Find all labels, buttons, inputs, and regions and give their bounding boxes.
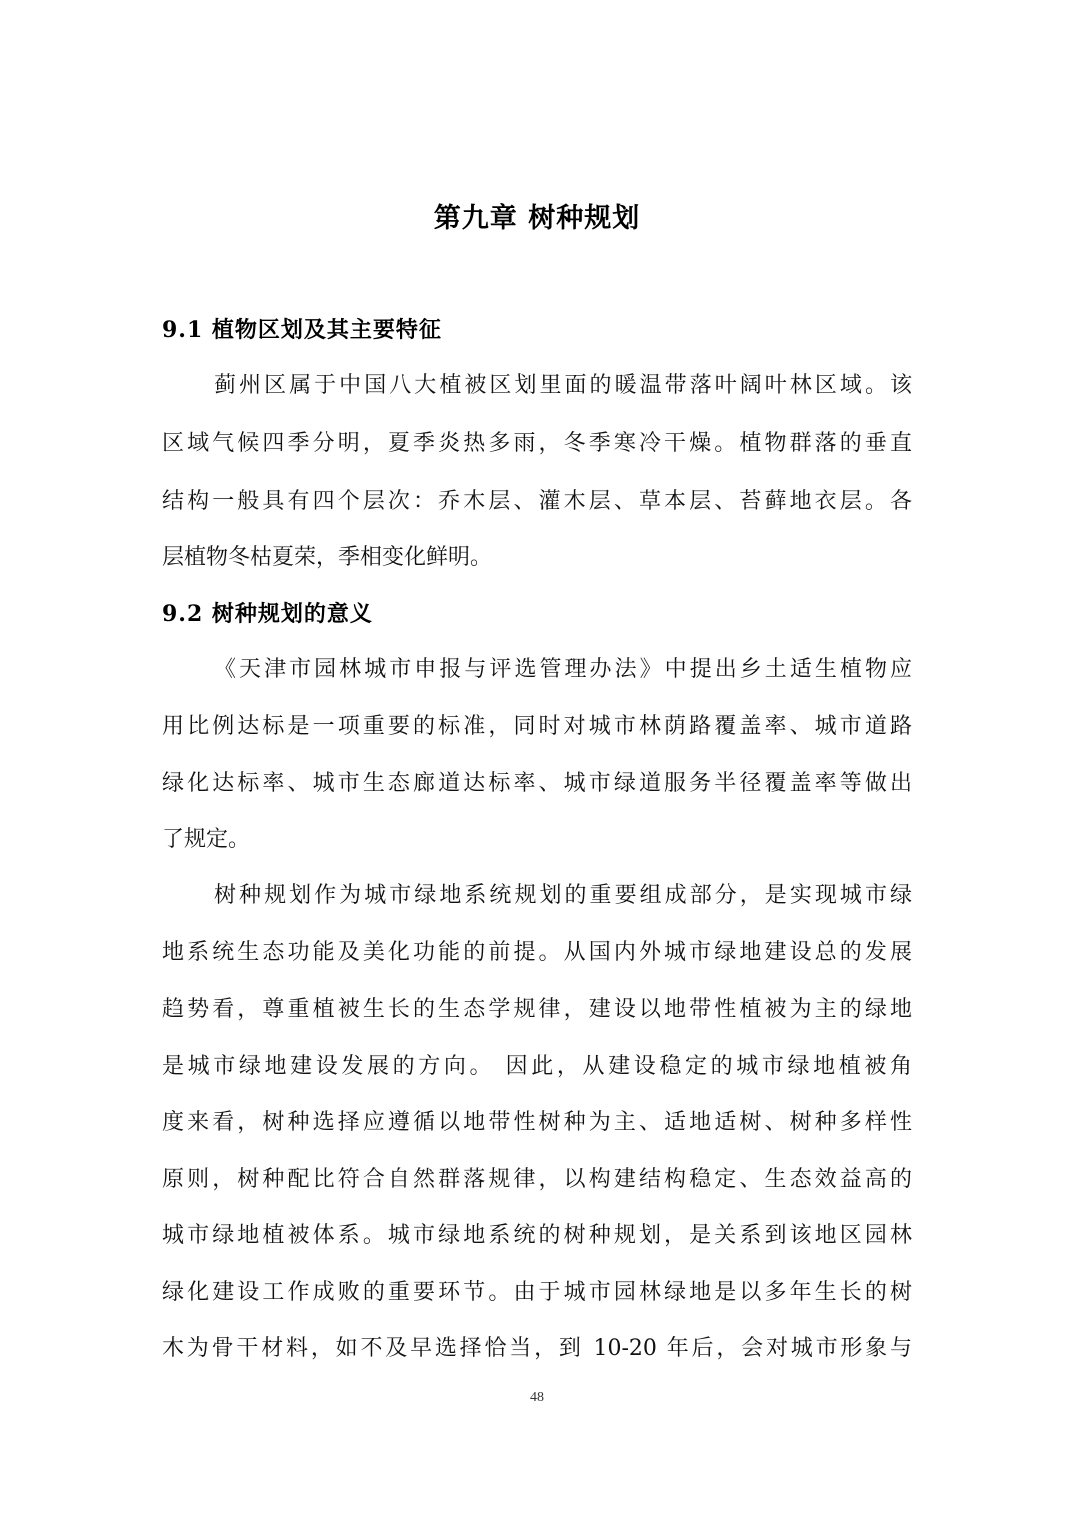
paragraph-line: 用比例达标是一项重要的标准，同时对城市林荫路覆盖率、城市道路 <box>162 709 912 740</box>
paragraph-line: 原则，树种配比符合自然群落规律，以构建结构稳定、生态效益高的 <box>162 1162 912 1193</box>
paragraph-line: 趋势看，尊重植被生长的生态学规律，建设以地带性植被为主的绿地 <box>162 992 912 1023</box>
page-number: 48 <box>0 1390 1074 1406</box>
paragraph-line: 城市绿地植被体系。城市绿地系统的树种规划，是关系到该地区园林 <box>162 1218 912 1249</box>
paragraph-line: 是城市绿地建设发展的方向。 因此，从建设稳定的城市绿地植被角 <box>162 1049 912 1080</box>
paragraph-line: 绿化达标率、城市生态廊道达标率、城市绿道服务半径覆盖率等做出 <box>162 766 912 797</box>
paragraph-line: 地系统生态功能及美化功能的前提。从国内外城市绿地建设总的发展 <box>162 935 912 966</box>
chapter-title: 第九章 树种规划 <box>0 196 1074 235</box>
paragraph-line: 蓟州区属于中国八大植被区划里面的暖温带落叶阔叶林区域。该 <box>214 368 912 399</box>
section-heading-9-1: 9.1 植物区划及其主要特征 <box>162 313 442 344</box>
document-page: 第九章 树种规划 9.1 植物区划及其主要特征 蓟州区属于中国八大植被区划里面的… <box>0 0 1074 1520</box>
section-heading-9-2: 9.2 树种规划的意义 <box>162 597 373 628</box>
paragraph-line: 区域气候四季分明，夏季炎热多雨，冬季寒冷干燥。植物群落的垂直 <box>162 426 912 457</box>
paragraph-line: 木为骨干材料，如不及早选择恰当，到 10-20 年后，会对城市形象与 <box>162 1331 912 1362</box>
paragraph-line: 度来看，树种选择应遵循以地带性树种为主、适地适树、树种多样性 <box>162 1105 912 1136</box>
paragraph-line: 《天津市园林城市申报与评选管理办法》中提出乡土适生植物应 <box>214 652 912 683</box>
paragraph-line: 了规定。 <box>162 822 912 853</box>
paragraph-line: 层植物冬枯夏荣，季相变化鲜明。 <box>162 540 912 571</box>
paragraph-line: 结构一般具有四个层次：乔木层、灌木层、草本层、苔藓地衣层。各 <box>162 484 912 515</box>
paragraph-line: 树种规划作为城市绿地系统规划的重要组成部分，是实现城市绿 <box>214 878 912 909</box>
paragraph-line: 绿化建设工作成败的重要环节。由于城市园林绿地是以多年生长的树 <box>162 1275 912 1306</box>
